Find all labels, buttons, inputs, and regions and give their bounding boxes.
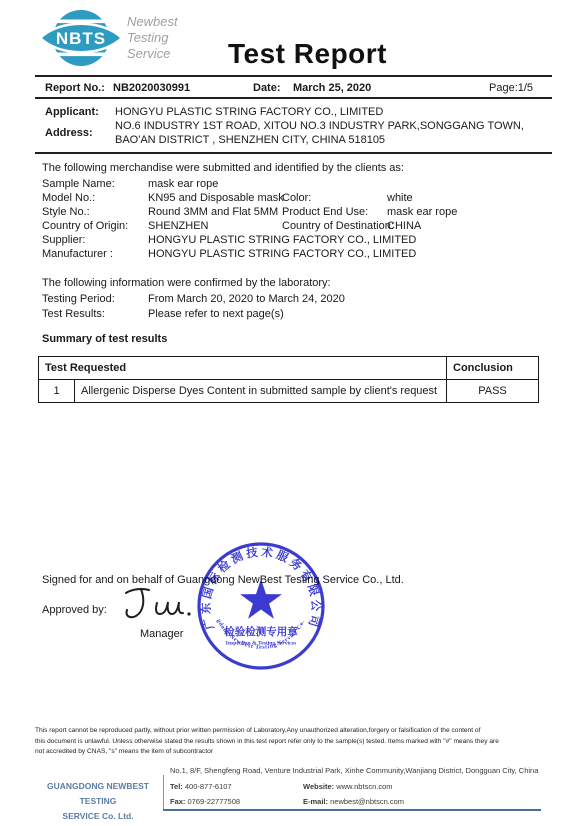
- disclaimer-line-3: not accredited by CNAS, "s" means the it…: [35, 747, 557, 758]
- supplier-label: Supplier:: [42, 234, 85, 246]
- divider-meta: [35, 97, 552, 99]
- summary-table: Test Requested Conclusion 1 Allergenic D…: [38, 356, 539, 403]
- page-number: Page:1/5: [489, 82, 533, 94]
- date-value: March 25, 2020: [293, 82, 371, 94]
- logo-word-2: Testing: [127, 30, 178, 46]
- logo-wordmark: Newbest Testing Service: [127, 14, 178, 62]
- test-number-cell: 1: [39, 380, 75, 403]
- manufacturer-value: HONGYU PLASTIC STRING FACTORY CO., LIMIT…: [148, 248, 416, 260]
- logo-word-1: Newbest: [127, 14, 178, 30]
- product-end-use-value: mask ear rope: [387, 206, 457, 218]
- divider-top: [35, 75, 552, 77]
- testing-period-label: Testing Period:: [42, 293, 115, 305]
- color-label: Color:: [282, 192, 311, 204]
- footer-vertical-divider: [163, 775, 164, 811]
- test-results-label: Test Results:: [42, 308, 105, 320]
- summary-table-header-row: Test Requested Conclusion: [39, 357, 539, 380]
- supplier-value: HONGYU PLASTIC STRING FACTORY CO., LIMIT…: [148, 234, 416, 246]
- report-no-value: NB2020030991: [113, 82, 190, 94]
- email-label: E-mail:: [303, 797, 328, 806]
- footer-company-line-2: SERVICE Co. Ltd.: [35, 809, 161, 824]
- disclaimer-line-1: This report cannot be reproduced partly,…: [35, 726, 557, 737]
- tel-value: 400-877-6107: [185, 782, 232, 791]
- footer-website: Website: www.nbtscn.com: [303, 782, 393, 791]
- address-label: Address:: [45, 127, 93, 139]
- footer-fax: Fax: 0769-22777508: [170, 797, 240, 806]
- date-label: Date:: [253, 82, 281, 94]
- conclusion-cell: PASS: [447, 380, 539, 403]
- test-report-page: NBTS Newbest Testing Service Test Report…: [0, 0, 587, 826]
- stamp-star-icon: [240, 579, 282, 619]
- testing-period-value: From March 20, 2020 to March 24, 2020: [148, 293, 345, 305]
- test-description-cell: Allergenic Disperse Dyes Content in subm…: [75, 380, 447, 403]
- country-origin-label: Country of Origin:: [42, 220, 128, 232]
- footer-tel: Tel: 400-877-6107: [170, 782, 232, 791]
- stamp-center-line1: 检验检测专用章: [224, 625, 298, 638]
- sample-name-label: Sample Name:: [42, 178, 115, 190]
- company-stamp-icon: 广东国标检测技术服务有限公司 检验检测专用章 Inspection & Test…: [194, 539, 328, 673]
- email-value: newbest@nbtscn.com: [330, 797, 404, 806]
- page-title: Test Report: [228, 38, 387, 70]
- approved-by-label: Approved by:: [42, 604, 107, 616]
- nbts-logo-icon: NBTS: [38, 6, 124, 72]
- country-origin-value: SHENZHEN: [148, 220, 209, 232]
- fax-label: Fax:: [170, 797, 185, 806]
- logo-word-3: Service: [127, 46, 178, 62]
- fax-value: 0769-22777508: [188, 797, 241, 806]
- footer-address: No.1, 8/F, Shengfeng Road, Venture Indus…: [170, 766, 538, 775]
- product-end-use-label: Product End Use:: [282, 206, 368, 218]
- model-no-label: Model No.:: [42, 192, 95, 204]
- table-row: 1 Allergenic Disperse Dyes Content in su…: [39, 380, 539, 403]
- website-value: www.nbtscn.com: [336, 782, 392, 791]
- color-value: white: [387, 192, 413, 204]
- conclusion-header: Conclusion: [447, 357, 539, 380]
- address-line-2: BAO'AN DISTRICT , SHENZHEN CITY, CHINA 5…: [115, 134, 385, 146]
- style-no-value: Round 3MM and Flat 5MM: [148, 206, 278, 218]
- manufacturer-label: Manufacturer :: [42, 248, 113, 260]
- signature-icon: [112, 583, 194, 631]
- logo-acronym: NBTS: [56, 29, 106, 48]
- footer-email: E-mail: newbest@nbtscn.com: [303, 797, 404, 806]
- country-destination-value: CHINA: [387, 220, 421, 232]
- laboratory-intro: The following information were confirmed…: [42, 277, 331, 289]
- applicant-name: HONGYU PLASTIC STRING FACTORY CO., LIMIT…: [115, 106, 383, 118]
- tel-label: Tel:: [170, 782, 183, 791]
- test-results-value: Please refer to next page(s): [148, 308, 284, 320]
- applicant-label: Applicant:: [45, 106, 99, 118]
- summary-heading: Summary of test results: [42, 333, 167, 345]
- model-no-value: KN95 and Disposable mask: [148, 192, 284, 204]
- test-requested-header: Test Requested: [39, 357, 447, 380]
- disclaimer-line-2: this document is unlawful. Unless otherw…: [35, 737, 557, 748]
- report-no-label: Report No.:: [45, 82, 105, 94]
- footer-disclaimer: This report cannot be reproduced partly,…: [35, 726, 557, 758]
- website-label: Website:: [303, 782, 334, 791]
- merchandise-intro: The following merchandise were submitted…: [42, 162, 404, 174]
- divider-address: [35, 152, 552, 154]
- sample-name-value: mask ear rope: [148, 178, 218, 190]
- footer-horizontal-line: [163, 809, 541, 811]
- signature-period-dot: [187, 612, 190, 615]
- approver-title: Manager: [140, 628, 183, 640]
- country-destination-label: Country of Destination:: [282, 220, 394, 232]
- address-line-1: NO.6 INDUSTRY 1ST ROAD, XITOU NO.3 INDUS…: [115, 120, 524, 132]
- style-no-label: Style No.:: [42, 206, 90, 218]
- footer-company-line-1: GUANGDONG NEWBEST TESTING: [35, 779, 161, 809]
- footer-company-name: GUANGDONG NEWBEST TESTING SERVICE Co. Lt…: [35, 779, 161, 824]
